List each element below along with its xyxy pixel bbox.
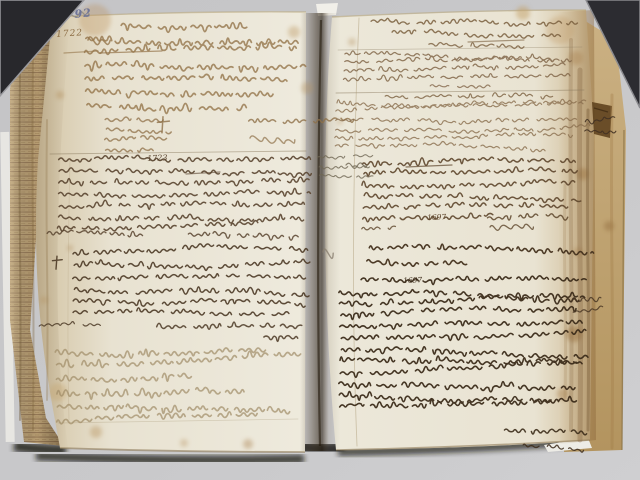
stain-spot-0 bbox=[79, 4, 111, 36]
edge-streak-6 bbox=[32, 55, 33, 430]
book-photo-scene bbox=[0, 0, 640, 480]
stain-spot-3 bbox=[56, 91, 64, 99]
edge-streak-0 bbox=[570, 40, 571, 430]
stain-spot-10 bbox=[348, 38, 356, 46]
edge-streak-2 bbox=[587, 110, 588, 430]
stain-spot-7 bbox=[90, 426, 102, 438]
stain-spot-4 bbox=[67, 245, 73, 251]
edge-streak-4 bbox=[611, 95, 612, 448]
edge-streak-7 bbox=[46, 120, 47, 400]
stain-spot-11 bbox=[516, 6, 530, 20]
stain-spot-8 bbox=[180, 439, 188, 447]
stain-spot-9 bbox=[243, 439, 253, 449]
stain-spot-1 bbox=[288, 26, 300, 38]
stain-spot-2 bbox=[301, 82, 313, 94]
archival-book-photo: 92 1722 1723 1697 1697 bbox=[0, 0, 640, 480]
edge-streak-5 bbox=[19, 70, 20, 420]
edge-streak-3 bbox=[564, 185, 565, 400]
